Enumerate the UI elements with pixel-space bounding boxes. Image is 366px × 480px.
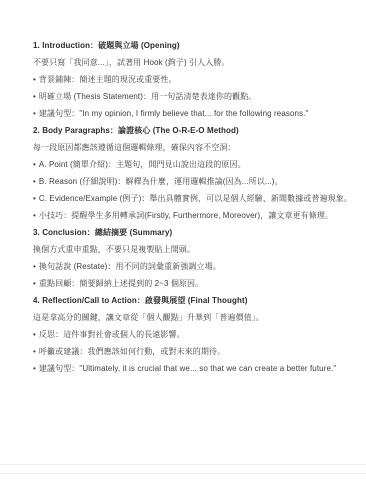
bullet-text: 建議句型："Ultimately, it is crucial that we.… <box>39 364 336 373</box>
bullet-marker: • <box>33 326 36 343</box>
bullet-marker: • <box>33 275 36 292</box>
section-heading: 3. Conclusion：總結摘要 (Summary) <box>33 224 342 241</box>
bullet-marker: • <box>33 173 36 190</box>
section-heading: 2. Body Paragraphs：論證核心 (The O-R-E-O Met… <box>33 122 342 139</box>
bullet-marker: • <box>33 343 36 360</box>
bullet-marker: • <box>33 105 36 122</box>
section-introduction: 1. Introduction：破題與立場 (Opening) 不要只寫「我同意… <box>33 37 342 122</box>
page-divider-lines <box>0 464 366 474</box>
bullet-marker: • <box>33 190 36 207</box>
bullet-text: A. Point (簡單介紹)：主題句，開門見山說出這段的原因。 <box>39 160 246 169</box>
bullet-item: •A. Point (簡單介紹)：主題句，開門見山說出這段的原因。 <box>33 156 342 173</box>
bullet-item: •B. Reason (仔細說明)：解釋為什麼，運用邏輯推論(因為...所以..… <box>33 173 342 190</box>
bullet-item: •反思：這件事對社會或個人的長遠影響。 <box>33 326 342 343</box>
bullet-text: 重點回顧：簡要歸納上述提到的 2~3 個原因。 <box>39 279 203 288</box>
bullet-text: 呼籲或建議：我們應該如何行動，或對未來的期待。 <box>39 347 225 356</box>
bullet-text: 建議句型："In my opinion, I firmly believe th… <box>39 109 309 118</box>
bullet-text: 反思：這件事對社會或個人的長遠影響。 <box>39 330 185 339</box>
bullet-text: 明確立場 (Thesis Statement)：用一句話清楚表達你的觀點。 <box>39 92 257 101</box>
bullet-item: •建議句型："Ultimately, it is crucial that we… <box>33 360 342 377</box>
section-reflection-call-to-action: 4. Reflection/Call to Action：啟發與展望 (Fina… <box>33 292 342 377</box>
bullet-item: •明確立場 (Thesis Statement)：用一句話清楚表達你的觀點。 <box>33 88 342 105</box>
bullet-item: •C. Evidence/Example (例子)：舉出具體實例，可以是個人經驗… <box>33 190 342 207</box>
bullet-text: 換句話說 (Restate)：用不同的詞彙重新強調立場。 <box>39 262 221 271</box>
bullet-marker: • <box>33 71 36 88</box>
document-body: 1. Introduction：破題與立場 (Opening) 不要只寫「我同意… <box>33 37 342 377</box>
bullet-item: •換句話說 (Restate)：用不同的詞彙重新強調立場。 <box>33 258 342 275</box>
section-heading: 4. Reflection/Call to Action：啟發與展望 (Fina… <box>33 292 342 309</box>
bullet-text: 背景鋪陳：簡述主題的現況或重要性。 <box>39 75 177 84</box>
bullet-text: B. Reason (仔細說明)：解釋為什麼，運用邏輯推論(因為...所以...… <box>39 177 283 186</box>
bullet-marker: • <box>33 258 36 275</box>
document-page: 1. Introduction：破題與立場 (Opening) 不要只寫「我同意… <box>0 0 366 480</box>
section-heading: 1. Introduction：破題與立場 (Opening) <box>33 37 342 54</box>
bullet-item: •呼籲或建議：我們應該如何行動，或對未來的期待。 <box>33 343 342 360</box>
bullet-marker: • <box>33 360 36 377</box>
section-intro: 這是拿高分的關鍵，讓文章從「個人觀點」升華到「普遍價值」。 <box>33 309 342 326</box>
section-intro: 換個方式重申重點，不要只是複製貼上開頭。 <box>33 241 342 258</box>
section-body-paragraphs: 2. Body Paragraphs：論證核心 (The O-R-E-O Met… <box>33 122 342 224</box>
bullet-item: •背景鋪陳：簡述主題的現況或重要性。 <box>33 71 342 88</box>
bullet-text: C. Evidence/Example (例子)：舉出具體實例，可以是個人經驗、… <box>39 194 352 203</box>
bullet-marker: • <box>33 207 36 224</box>
bullet-item: •小技巧：提醒學生多用轉承詞(Firstly, Furthermore, Mor… <box>33 207 342 224</box>
section-intro: 不要只寫「我同意...」，試著用 Hook (鉤子) 引人入勝。 <box>33 54 342 71</box>
bullet-item: •重點回顧：簡要歸納上述提到的 2~3 個原因。 <box>33 275 342 292</box>
section-conclusion: 3. Conclusion：總結摘要 (Summary) 換個方式重申重點，不要… <box>33 224 342 292</box>
bullet-item: •建議句型："In my opinion, I firmly believe t… <box>33 105 342 122</box>
bullet-marker: • <box>33 88 36 105</box>
section-intro: 每一段原因都應該遵循這個邏輯條理，確保內容不空洞： <box>33 139 342 156</box>
bullet-text: 小技巧：提醒學生多用轉承詞(Firstly, Furthermore, More… <box>39 211 333 220</box>
bullet-marker: • <box>33 156 36 173</box>
